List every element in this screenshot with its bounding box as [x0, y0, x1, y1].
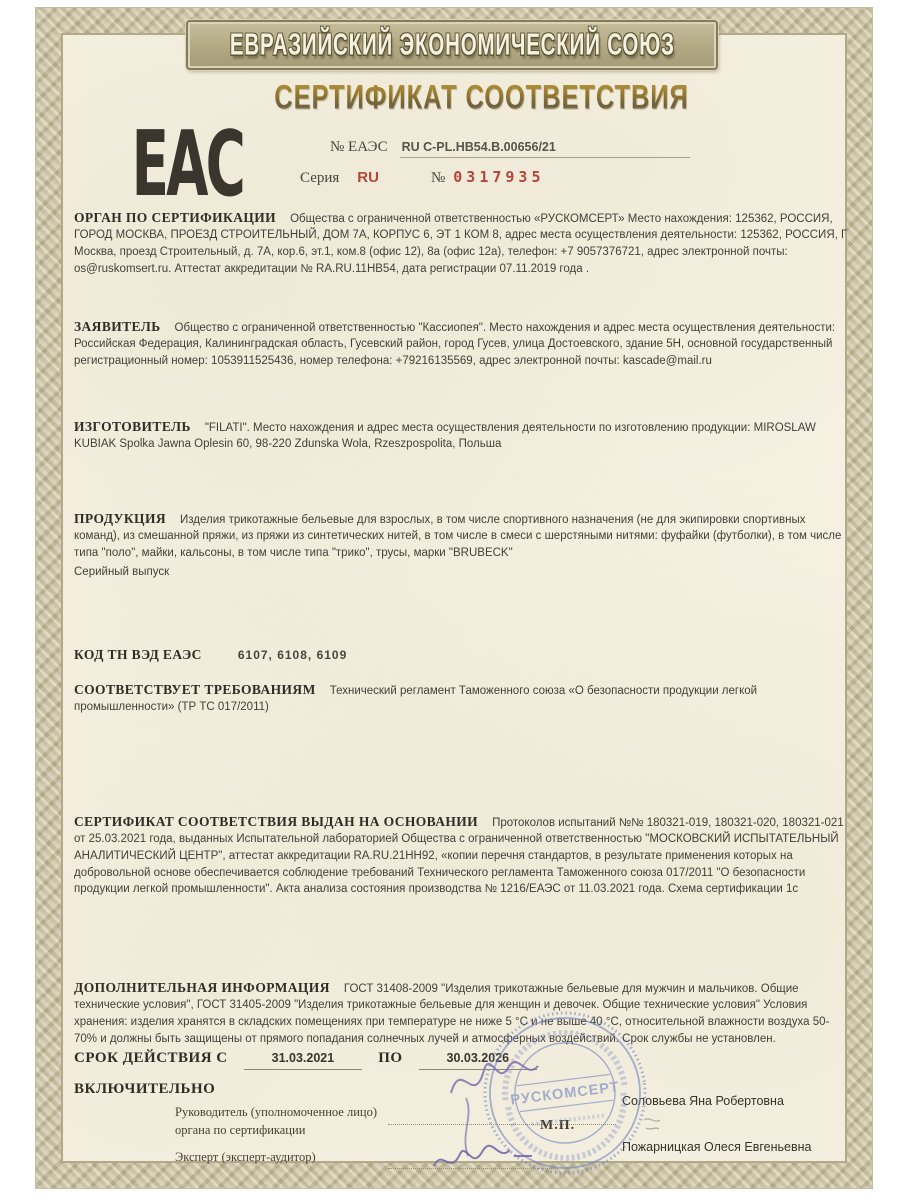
certificate-number-line: № ЕАЭСRU С-PL.НВ54.В.00656/21 — [330, 138, 690, 158]
section-products-label: ПРОДУКЦИЯ — [74, 511, 166, 526]
union-name-text: ЕВРАЗИЙСКИЙ ЭКОНОМИЧЕСКИЙ СОЮЗ — [230, 27, 675, 62]
section-applicant-text: Общество с ограниченной ответственностью… — [74, 322, 835, 367]
certificate-sheet: ЕВРАЗИЙСКИЙ ЭКОНОМИЧЕСКИЙ СОЮЗ ЕАС СЕРТИ… — [36, 8, 872, 1188]
section-products: ПРОДУКЦИЯИзделия трикотажные бельевые дл… — [74, 509, 848, 581]
section-issued-on-basis-label: СЕРТИФИКАТ СООТВЕТСТВИЯ ВЫДАН НА ОСНОВАН… — [74, 814, 478, 829]
section-certification-body: ОРГАН ПО СЕРТИФИКАЦИИОбщества с ограниче… — [74, 208, 848, 278]
section-certification-body-label: ОРГАН ПО СЕРТИФИКАЦИИ — [74, 210, 276, 225]
validity-po-label: ПО — [378, 1050, 402, 1066]
signature-head-label: Руководитель (уполномоченное лицо) орган… — [175, 1104, 390, 1139]
signature-expert-label: Эксперт (эксперт-аудитор) — [175, 1150, 405, 1165]
section-manufacturer: ИЗГОТОВИТЕЛЬ"FILATI". Место нахождения и… — [74, 417, 848, 453]
section-complies-with-label: СООТВЕТСТВУЕТ ТРЕБОВАНИЯМ — [74, 682, 316, 697]
section-complies-with: СООТВЕТСТВУЕТ ТРЕБОВАНИЯМТехнический рег… — [74, 680, 848, 716]
series-label: Серия — [300, 170, 339, 186]
stamp-center-text: РУСКОМСЕРТ — [510, 1079, 621, 1108]
series-value: RU — [357, 169, 379, 186]
section-applicant-label: ЗАЯВИТЕЛЬ — [74, 319, 161, 334]
section-tnved-code-label: КОД ТН ВЭД ЕАЭС — [74, 647, 202, 662]
section-products-serial-issue: Серийный выпуск — [74, 564, 848, 581]
section-validity-period: СРОК ДЕЙСТВИЯ С31.03.2021ПО30.03.2026 ВК… — [74, 1048, 848, 1101]
union-name-plaque: ЕВРАЗИЙСКИЙ ЭКОНОМИЧЕСКИЙ СОЮЗ — [186, 20, 718, 70]
eac-mark-letters: ЕАС — [131, 110, 242, 215]
section-additional-info: ДОПОЛНИТЕЛЬНАЯ ИНФОРМАЦИЯГОСТ 31408-2009… — [74, 978, 848, 1048]
certificate-title-wrap: СЕРТИФИКАТ СООТВЕТСТВИЯ — [216, 82, 746, 115]
section-tnved-code-value: 6107, 6108, 6109 — [238, 648, 347, 662]
validity-date-from: 31.03.2021 — [244, 1049, 363, 1070]
section-manufacturer-label: ИЗГОТОВИТЕЛЬ — [74, 419, 191, 434]
certificate-number-value: RU С-PL.НВ54.В.00656/21 — [400, 140, 690, 158]
certificate-title: СЕРТИФИКАТ СООТВЕТСТВИЯ — [274, 79, 688, 118]
serial-number: 0317935 — [453, 168, 544, 186]
round-stamp: РУСКОМСЕРТ — [470, 998, 659, 1187]
series-line: СерияRU№0317935 — [300, 168, 544, 187]
number-sign: № — [431, 170, 445, 186]
section-products-text: Изделия трикотажные бельевые для взрослы… — [74, 514, 841, 559]
section-applicant: ЗАЯВИТЕЛЬОбщество с ограниченной ответст… — [74, 317, 848, 370]
validity-label: СРОК ДЕЙСТВИЯ С — [74, 1050, 228, 1066]
scanned-certificate-page: { "colors":{"accent_red":"#b4453a","stam… — [0, 0, 900, 1200]
certificate-number-label: № ЕАЭС — [330, 139, 388, 155]
eac-conformity-mark: ЕАС — [122, 108, 252, 218]
section-additional-info-label: ДОПОЛНИТЕЛЬНАЯ ИНФОРМАЦИЯ — [74, 980, 330, 995]
section-tnved-code: КОД ТН ВЭД ЕАЭС6107, 6108, 6109 — [74, 645, 848, 665]
section-issued-on-basis: СЕРТИФИКАТ СООТВЕТСТВИЯ ВЫДАН НА ОСНОВАН… — [74, 812, 848, 898]
